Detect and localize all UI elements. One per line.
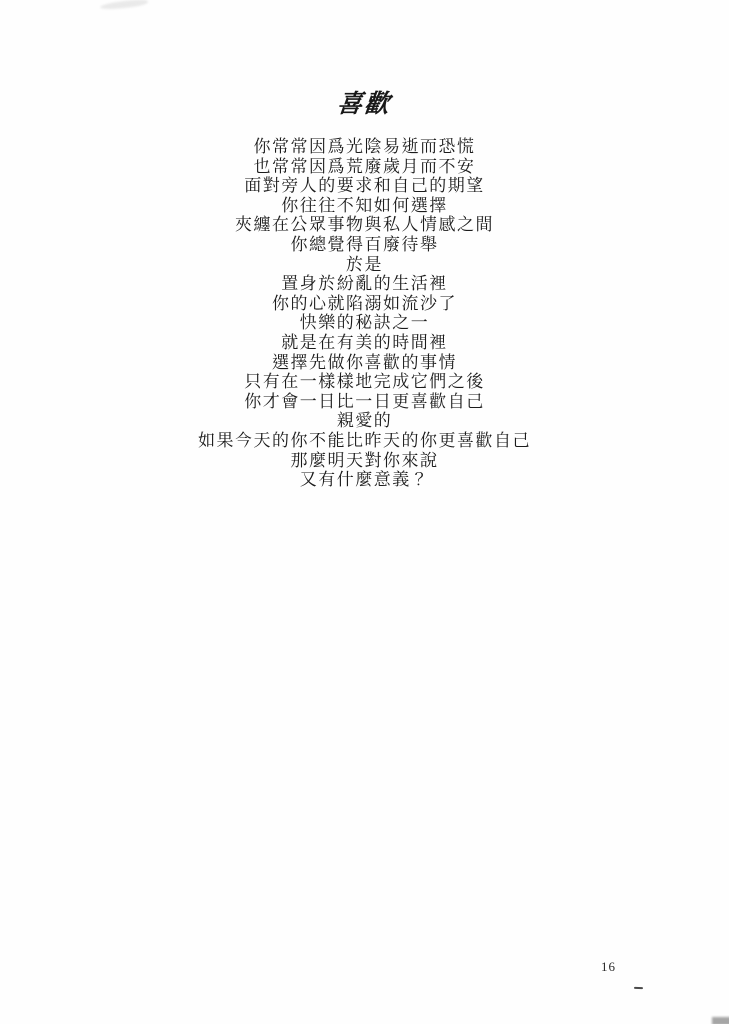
poem-line: 如果今天的你不能比昨天的你更喜歡自己: [0, 431, 729, 451]
poem-line: 你常常因爲光陰易逝而恐慌: [0, 137, 729, 157]
poem-line: 快樂的秘訣之一: [0, 313, 729, 333]
poem-line: 面對旁人的要求和自己的期望: [0, 176, 729, 196]
poem-line: 你往往不知如何選擇: [0, 196, 729, 216]
poem-line: 置身於紛亂的生活裡: [0, 274, 729, 294]
page-number: 16: [601, 959, 616, 975]
poem-line: 也常常因爲荒廢歲月而不安: [0, 157, 729, 177]
poem-body: 你常常因爲光陰易逝而恐慌 也常常因爲荒廢歲月而不安 面對旁人的要求和自己的期望 …: [0, 137, 729, 490]
scan-smudge-top-left: [100, 0, 148, 10]
poem-line: 夾纏在公眾事物與私人情感之間: [0, 215, 729, 235]
scan-smudge-bottom-right: [712, 1017, 729, 1024]
poem-line: 只有在一樣樣地完成它們之後: [0, 372, 729, 392]
poem-line: 那麼明天對你來說: [0, 451, 729, 471]
poem-line: 你的心就陷溺如流沙了: [0, 294, 729, 314]
poem-line: 就是在有美的時間裡: [0, 333, 729, 353]
poem-line: 你才會一日比一日更喜歡自己: [0, 392, 729, 412]
scanned-document-page: 喜歡 你常常因爲光陰易逝而恐慌 也常常因爲荒廢歲月而不安 面對旁人的要求和自己的…: [0, 0, 729, 1024]
poem-line: 於是: [0, 255, 729, 275]
poem-line: 親愛的: [0, 411, 729, 431]
poem-line: 選擇先做你喜歡的事情: [0, 353, 729, 373]
poem-line: 你總覺得百廢待舉: [0, 235, 729, 255]
poem-line: 又有什麼意義？: [0, 470, 729, 490]
scan-dash-artifact: [634, 987, 643, 989]
poem-title: 喜歡: [0, 84, 729, 120]
